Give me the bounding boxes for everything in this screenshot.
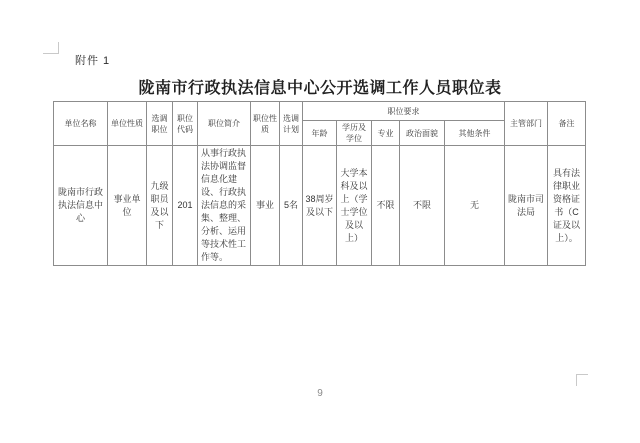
page-number: 9 xyxy=(0,388,640,399)
cell-unit-type: 事业单位 xyxy=(108,146,147,266)
header-row-top: 单位名称 单位性质 选调职位 职位代码 职位简介 职位性质 选调计划 职位要求 … xyxy=(54,102,586,121)
header-position-requirements: 职位要求 xyxy=(303,102,505,121)
table-row: 陇南市行政执法信息中心 事业单位 九级职员及以下 201 从事行政执法协调监督信… xyxy=(54,146,586,266)
page-title: 陇南市行政执法信息中心公开选调工作人员职位表 xyxy=(0,75,640,98)
cell-intro: 从事行政执法协调监督信息化建设、行政执法信息的采集、整理、分析、运用等技术性工作… xyxy=(198,146,251,266)
header-political: 政治面貌 xyxy=(400,121,445,146)
cell-plan: 5名 xyxy=(280,146,303,266)
header-nature: 职位性质 xyxy=(251,102,280,146)
cell-major: 不限 xyxy=(372,146,400,266)
header-other: 其他条件 xyxy=(445,121,505,146)
cell-department: 陇南市司法局 xyxy=(505,146,548,266)
header-major: 专业 xyxy=(372,121,400,146)
header-education: 学历及学位 xyxy=(337,121,372,146)
document-page: 附件 1 陇南市行政执法信息中心公开选调工作人员职位表 单位名称 单位性质 选调… xyxy=(0,0,640,443)
header-code: 职位代码 xyxy=(173,102,198,146)
margin-corner-mark-top-left xyxy=(43,42,59,54)
header-intro: 职位简介 xyxy=(198,102,251,146)
positions-table: 单位名称 单位性质 选调职位 职位代码 职位简介 职位性质 选调计划 职位要求 … xyxy=(53,101,586,266)
header-unit-name: 单位名称 xyxy=(54,102,108,146)
cell-remark: 具有法律职业资格证书（C证及以上）。 xyxy=(548,146,586,266)
header-unit-type: 单位性质 xyxy=(108,102,147,146)
header-remark: 备注 xyxy=(548,102,586,146)
attachment-label: 附件 1 xyxy=(75,52,110,68)
cell-education: 大学本科及以上（学士学位及以上） xyxy=(337,146,372,266)
cell-position: 九级职员及以下 xyxy=(147,146,173,266)
header-age: 年龄 xyxy=(303,121,337,146)
cell-political: 不限 xyxy=(400,146,445,266)
header-department: 主管部门 xyxy=(505,102,548,146)
header-plan: 选调计划 xyxy=(280,102,303,146)
header-position: 选调职位 xyxy=(147,102,173,146)
cell-unit-name: 陇南市行政执法信息中心 xyxy=(54,146,108,266)
cell-nature: 事业 xyxy=(251,146,280,266)
cell-other: 无 xyxy=(445,146,505,266)
cell-age: 38周岁及以下 xyxy=(303,146,337,266)
cell-code: 201 xyxy=(173,146,198,266)
margin-corner-mark-bottom-right xyxy=(576,374,588,386)
